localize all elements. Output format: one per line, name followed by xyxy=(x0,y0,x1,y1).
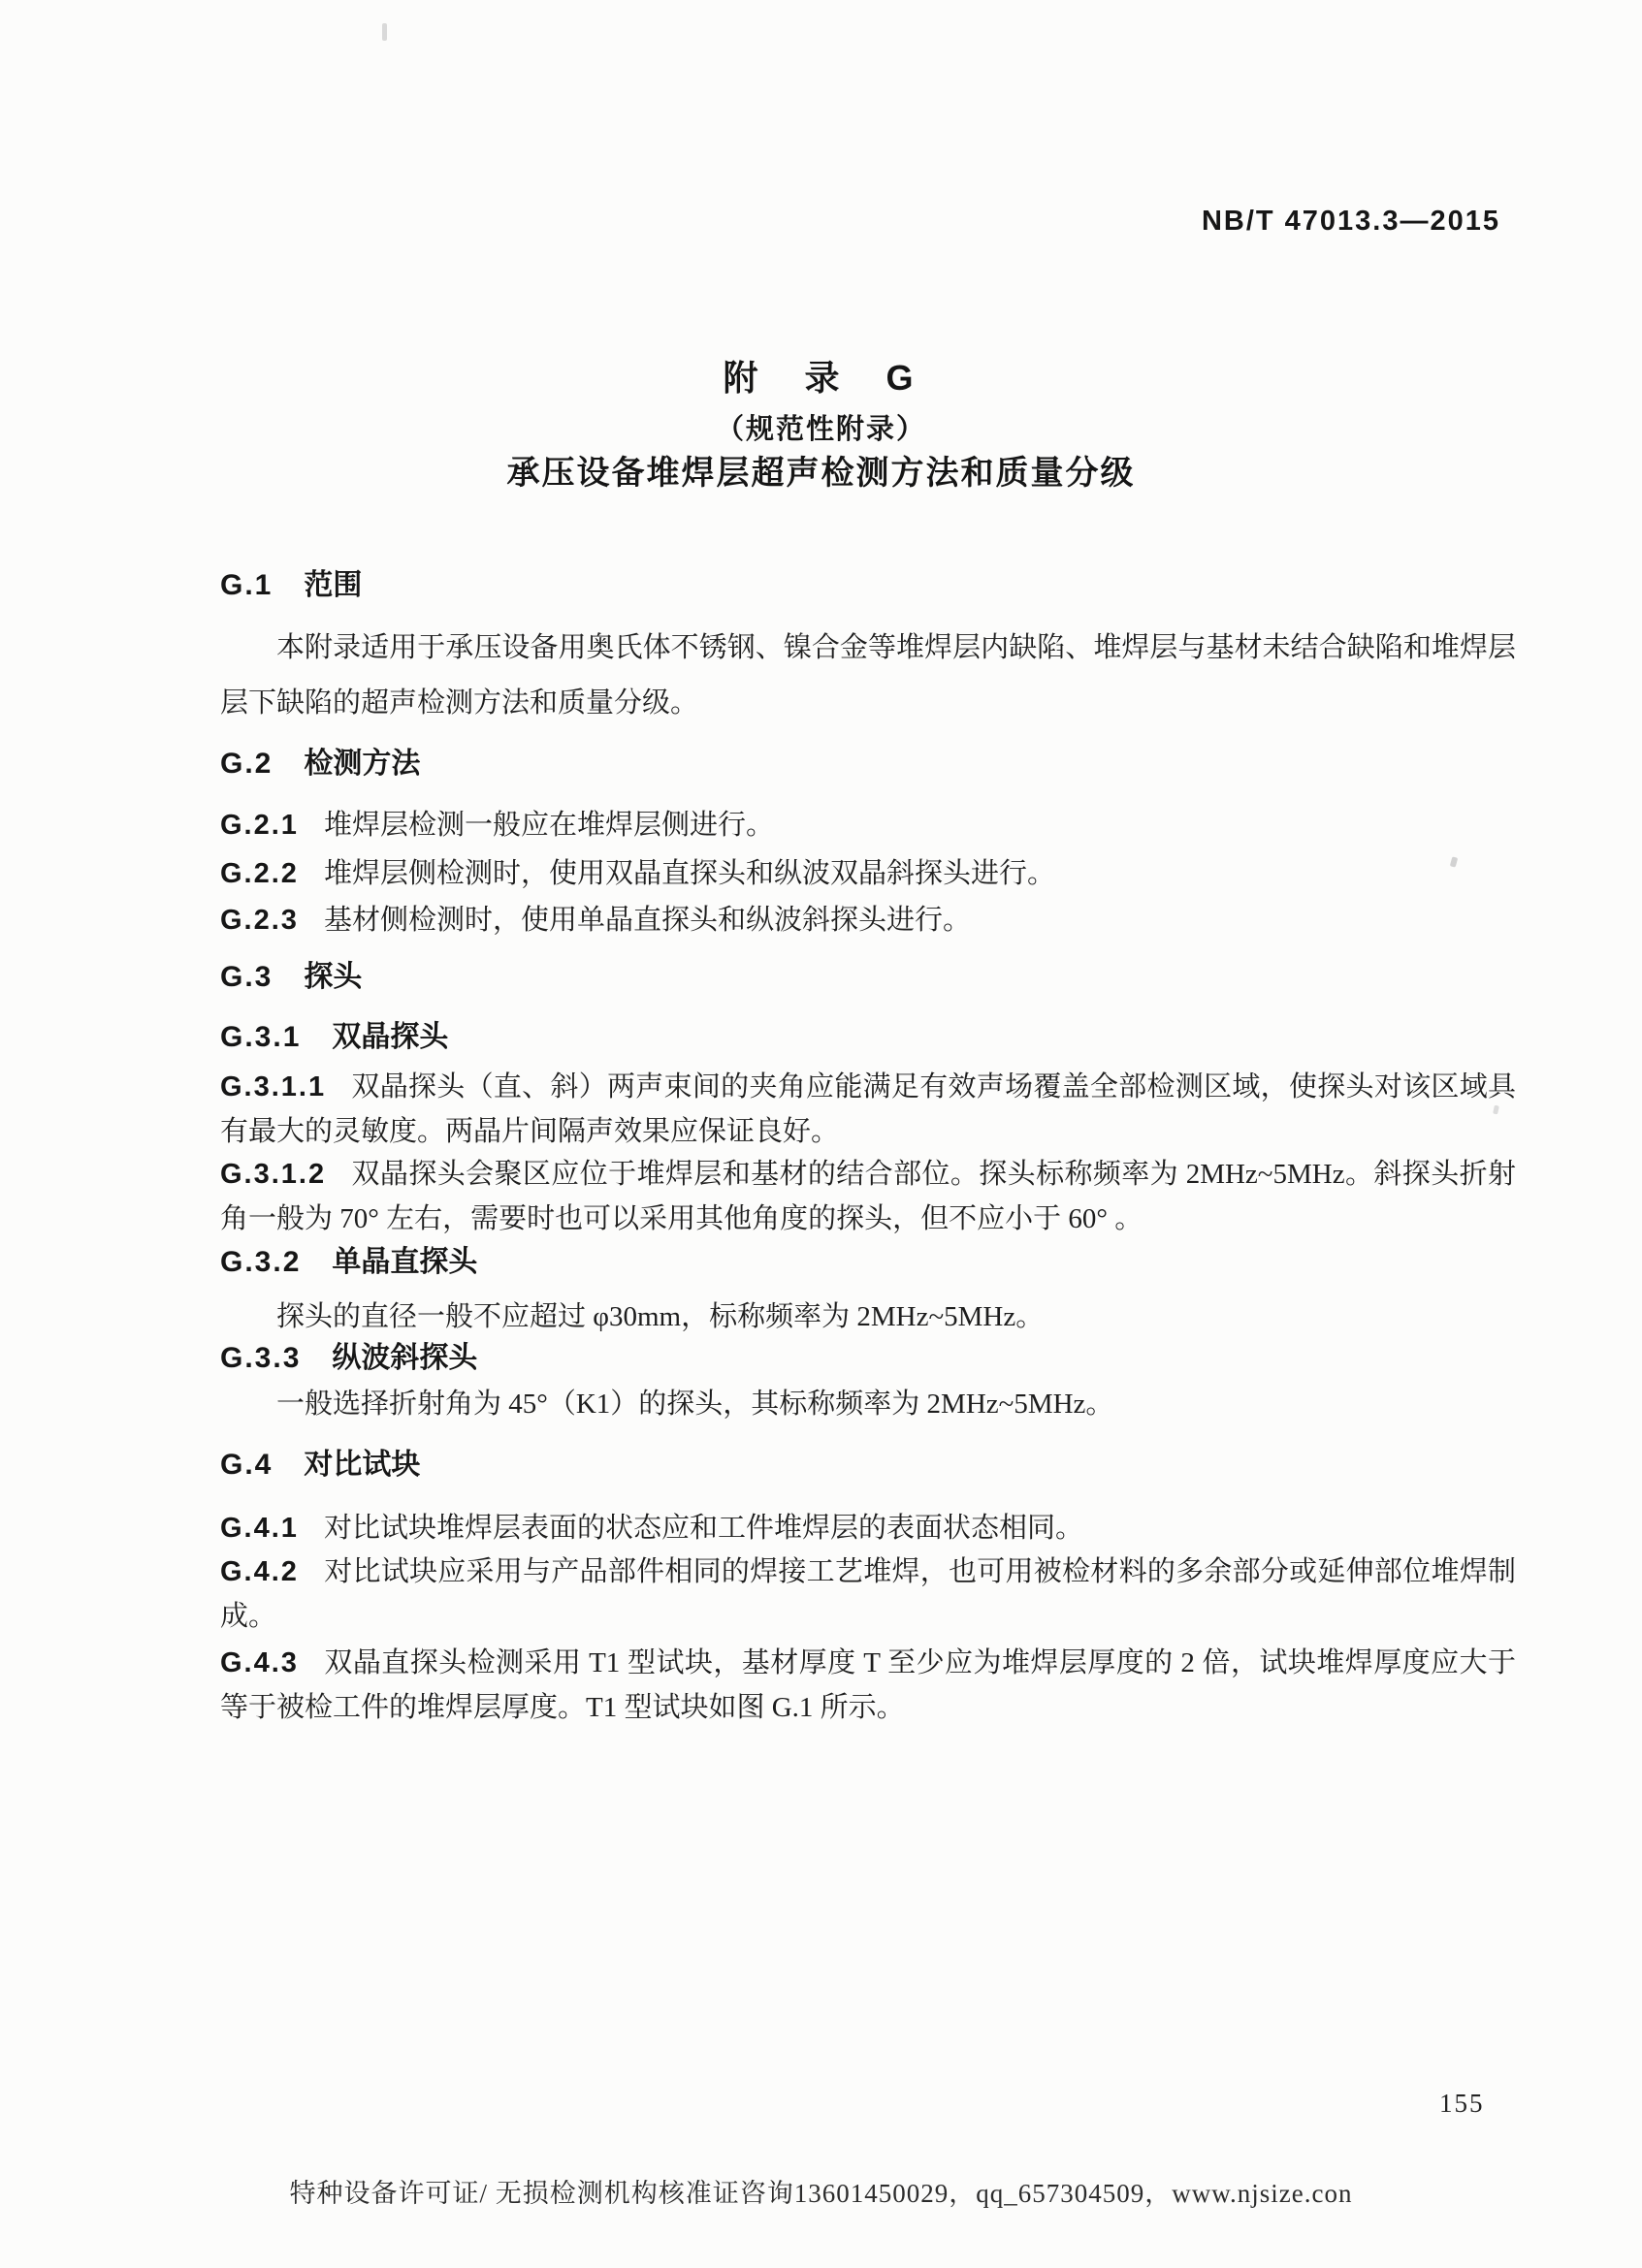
clause-number: G.2.2 xyxy=(220,858,299,889)
section-title: 双晶探头 xyxy=(332,1021,448,1053)
clause-number: G.4.3 xyxy=(220,1647,299,1678)
paragraph-g3-3: 一般选择折射角为 45°（K1）的探头，其标称频率为 2MHz~5MHz。 xyxy=(220,1382,1516,1426)
section-heading-g3-1: G.3.1双晶探头 xyxy=(220,1020,1516,1055)
clause-text: 双晶探头会聚区应位于堆焊层和基材的结合部位。探头标称频率为 2MHz~5MHz。… xyxy=(220,1159,1516,1234)
section-heading-g2: G.2检测方法 xyxy=(220,747,1516,782)
section-title: 检测方法 xyxy=(304,748,420,780)
section-number: G.2 xyxy=(220,748,273,780)
section-heading-g3: G.3探头 xyxy=(220,960,1516,995)
section-number: G.3.2 xyxy=(220,1246,301,1278)
clause-number: G.2.1 xyxy=(220,810,299,841)
section-number: G.4 xyxy=(220,1449,273,1481)
section-heading-g4: G.4对比试块 xyxy=(220,1448,1516,1483)
clause-g4-1: G.4.1对比试块堆焊层表面的状态应和工件堆焊层的表面状态相同。 xyxy=(220,1506,1516,1550)
document-page: NB/T 47013.3—2015 附 录 G （规范性附录） 承压设备堆焊层超… xyxy=(0,0,1642,2268)
section-title: 纵波斜探头 xyxy=(332,1342,477,1374)
clause-text: 堆焊层侧检测时，使用双晶直探头和纵波双晶斜探头进行。 xyxy=(324,858,1055,889)
footer-certification-note: 特种设备许可证/ 无损检测机构核准证咨询13601450029，qq_65730… xyxy=(0,2172,1642,2210)
section-title: 对比试块 xyxy=(304,1449,420,1481)
section-heading-g1: G.1范围 xyxy=(220,568,1516,603)
appendix-subject-title: 承压设备堆焊层超声检测方法和质量分级 xyxy=(0,446,1642,494)
section-number: G.3 xyxy=(220,961,273,993)
clause-text: 基材侧检测时，使用单晶直探头和纵波斜探头进行。 xyxy=(324,905,971,936)
clause-number: G.4.2 xyxy=(220,1556,299,1587)
doc-number: NB/T 47013.3—2015 xyxy=(1202,206,1500,238)
clause-text: 对比试块应采用与产品部件相同的焊接工艺堆焊，也可用被检材料的多余部分或延伸部位堆… xyxy=(220,1556,1516,1632)
clause-g2-1: G.2.1堆焊层检测一般应在堆焊层侧进行。 xyxy=(220,803,1516,847)
section-title: 探头 xyxy=(304,961,362,993)
scan-artifact xyxy=(382,23,387,41)
section-title: 单晶直探头 xyxy=(332,1246,477,1278)
section-heading-g3-2: G.3.2单晶直探头 xyxy=(220,1245,1516,1280)
section-number: G.1 xyxy=(220,569,273,601)
clause-text: 堆焊层检测一般应在堆焊层侧进行。 xyxy=(324,810,774,841)
clause-text: 双晶探头（直、斜）两声束间的夹角应能满足有效声场覆盖全部检测区域，使探头对该区域… xyxy=(220,1071,1516,1147)
page-number: 155 xyxy=(1439,2089,1485,2119)
clause-g4-2: G.4.2对比试块应采用与产品部件相同的焊接工艺堆焊，也可用被检材料的多余部分或… xyxy=(220,1549,1516,1639)
clause-number: G.3.1.2 xyxy=(220,1159,326,1190)
clause-g2-3: G.2.3基材侧检测时，使用单晶直探头和纵波斜探头进行。 xyxy=(220,898,1516,942)
section-number: G.3.1 xyxy=(220,1021,301,1053)
clause-number: G.2.3 xyxy=(220,905,299,936)
clause-text: 对比试块堆焊层表面的状态应和工件堆焊层的表面状态相同。 xyxy=(324,1513,1083,1544)
clause-text: 双晶直探头检测采用 T1 型试块，基材厚度 T 至少应为堆焊层厚度的 2 倍，试… xyxy=(220,1647,1516,1723)
section-title: 范围 xyxy=(304,569,362,601)
clause-g3-1-1: G.3.1.1双晶探头（直、斜）两声束间的夹角应能满足有效声场覆盖全部检测区域，… xyxy=(220,1065,1516,1154)
appendix-type-note: （规范性附录） xyxy=(0,407,1642,447)
paragraph-g3-2: 探头的直径一般不应超过 φ30mm，标称频率为 2MHz~5MHz。 xyxy=(220,1294,1516,1339)
clause-g3-1-2: G.3.1.2双晶探头会聚区应位于堆焊层和基材的结合部位。探头标称频率为 2MH… xyxy=(220,1152,1516,1241)
clause-number: G.4.1 xyxy=(220,1513,299,1544)
clause-g2-2: G.2.2堆焊层侧检测时，使用双晶直探头和纵波双晶斜探头进行。 xyxy=(220,851,1516,896)
clause-number: G.3.1.1 xyxy=(220,1071,326,1102)
appendix-title: 附 录 G xyxy=(0,351,1642,400)
section-heading-g3-3: G.3.3纵波斜探头 xyxy=(220,1341,1516,1376)
section-number: G.3.3 xyxy=(220,1342,301,1374)
paragraph-g1-scope: 本附录适用于承压设备用奥氏体不锈钢、镍合金等堆焊层内缺陷、堆焊层与基材未结合缺陷… xyxy=(220,621,1516,731)
clause-g4-3: G.4.3双晶直探头检测采用 T1 型试块，基材厚度 T 至少应为堆焊层厚度的 … xyxy=(220,1641,1516,1730)
